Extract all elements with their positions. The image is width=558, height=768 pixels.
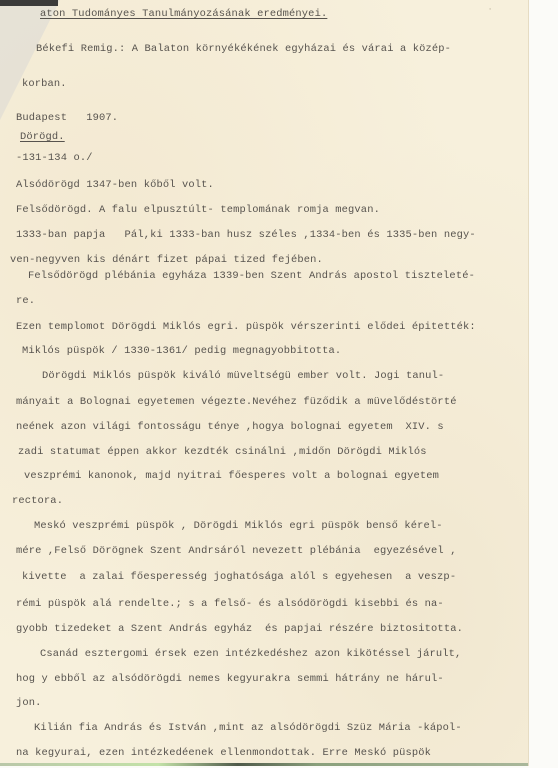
text-line: rectora. [12,495,63,507]
text-line: jon. [16,697,42,709]
text-line: Felsődörögd plébánia egyháza 1339-ben Sz… [28,270,475,282]
text-line: mányait a Bolognai egyetemen végezte.Nev… [16,396,457,408]
text-line: veszprémi kanonok, majd nyitrai főespere… [24,470,439,482]
text-line: Meskó veszprémi püspök , Dörögdi Miklós … [34,520,443,532]
scan-bottom-edge [0,763,528,766]
text-line: zadi statumat éppen akkor kezdték csinál… [18,446,427,458]
text-line: na kegyurai, ezen intézkedéenek ellenmon… [16,747,431,759]
text-line: korban. [22,78,67,90]
text-line: Ezen templomot Dörögdi Miklós egri. püsp… [16,321,476,333]
text-line: rémi püspök alá rendelte.; s a felső- és… [16,598,444,610]
text-line: Kilián fia András és István ,mint az als… [34,722,462,734]
text-line: Budapest 1907. [16,112,118,124]
text-line: ven-negyven kis dénárt fizet pápai tized… [10,254,323,266]
text-line: -131-134 o./ [16,152,93,164]
text-line: 1333-ban papja Pál,ki 1333-ban husz szél… [16,229,476,241]
typed-text: aton Tudományes Tanulmányozásának eredmé… [0,0,528,384]
heading-line: aton Tudományes Tanulmányozásának eredmé… [40,8,327,20]
text-line: hog y ebből az alsódörögdi nemes kegyura… [16,673,444,685]
text-line: Csanád esztergomi érsek ezen intézkedésh… [40,648,461,660]
text-line: neének azon világi fontosságu ténye ,hog… [16,421,444,433]
text-line: Békefi Remig.: A Balaton környékékének e… [36,43,451,55]
text-line: re. [16,295,35,307]
text-line: gyobb tizedeket a Szent András egyház és… [16,623,463,635]
text-line: Dörögdi Miklós püspök kiváló müveltségü … [42,370,444,382]
document-page: · aton Tudományes Tanulmányozásának ered… [0,0,528,766]
text-line: kivette a zalai főesperesség joghatósága… [22,571,456,583]
text-line: Felsődörögd. A falu elpusztúlt- templomá… [16,204,380,216]
text-line: mére ,Felső Dörögnek Szent Andrsáról nev… [16,545,457,557]
section-heading: Dörögd. [20,131,65,143]
text-line: Alsódörögd 1347-ben kőből volt. [16,179,214,191]
text-line: Miklós püspök / 1330-1361/ pedig megnagy… [22,345,341,357]
